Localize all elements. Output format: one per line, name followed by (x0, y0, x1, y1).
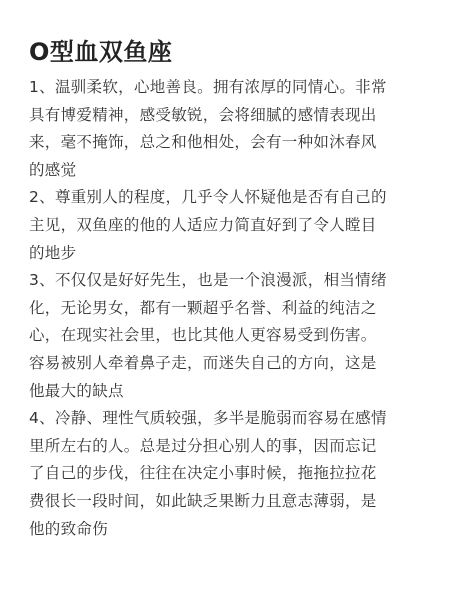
point-1-line-2: 具有博爱精神，感受敏锐，会将细腻的感情表现出 (29, 102, 429, 130)
point-3-line-2: 化，无论男女，都有一颗超乎名誉、利益的纯洁之 (29, 295, 429, 323)
article: O型血双鱼座 1、温驯柔软，心地善良。拥有浓厚的同情心。非常 具有博爱精神，感受… (29, 36, 429, 543)
article-title: O型血双鱼座 (29, 36, 429, 68)
point-4-line-2: 里所左右的人。总是过分担心别人的事，因而忘记 (29, 433, 429, 461)
point-4-line-4: 费很长一段时间，如此缺乏果断力且意志薄弱，是 (29, 488, 429, 516)
point-3-line-1: 3、不仅仅是好好先生，也是一个浪漫派，相当情绪 (29, 267, 429, 295)
point-1-line-4: 的感觉 (29, 157, 429, 185)
point-3-line-3: 心，在现实社会里，也比其他人更容易受到伤害。 (29, 322, 429, 350)
point-4-line-1: 4、冷静、理性气质较强，多半是脆弱而容易在感情 (29, 405, 429, 433)
point-3-line-4: 容易被别人牵着鼻子走，而迷失自己的方向，这是 (29, 350, 429, 378)
point-1-line-3: 来，毫不掩饰，总之和他相处，会有一种如沐春风 (29, 129, 429, 157)
point-2-line-3: 的地步 (29, 240, 429, 268)
point-1-line-1: 1、温驯柔软，心地善良。拥有浓厚的同情心。非常 (29, 74, 429, 102)
point-4-line-5: 他的致命伤 (29, 516, 429, 544)
point-2-line-1: 2、尊重别人的程度，几乎令人怀疑他是否有自己的 (29, 184, 429, 212)
point-3-line-5: 他最大的缺点 (29, 378, 429, 406)
point-4-line-3: 了自己的步伐，往往在决定小事时候，拖拖拉拉花 (29, 460, 429, 488)
point-2-line-2: 主见，双鱼座的他的人适应力简直好到了令人瞠目 (29, 212, 429, 240)
article-body: 1、温驯柔软，心地善良。拥有浓厚的同情心。非常 具有博爱精神，感受敏锐，会将细腻… (29, 74, 429, 543)
